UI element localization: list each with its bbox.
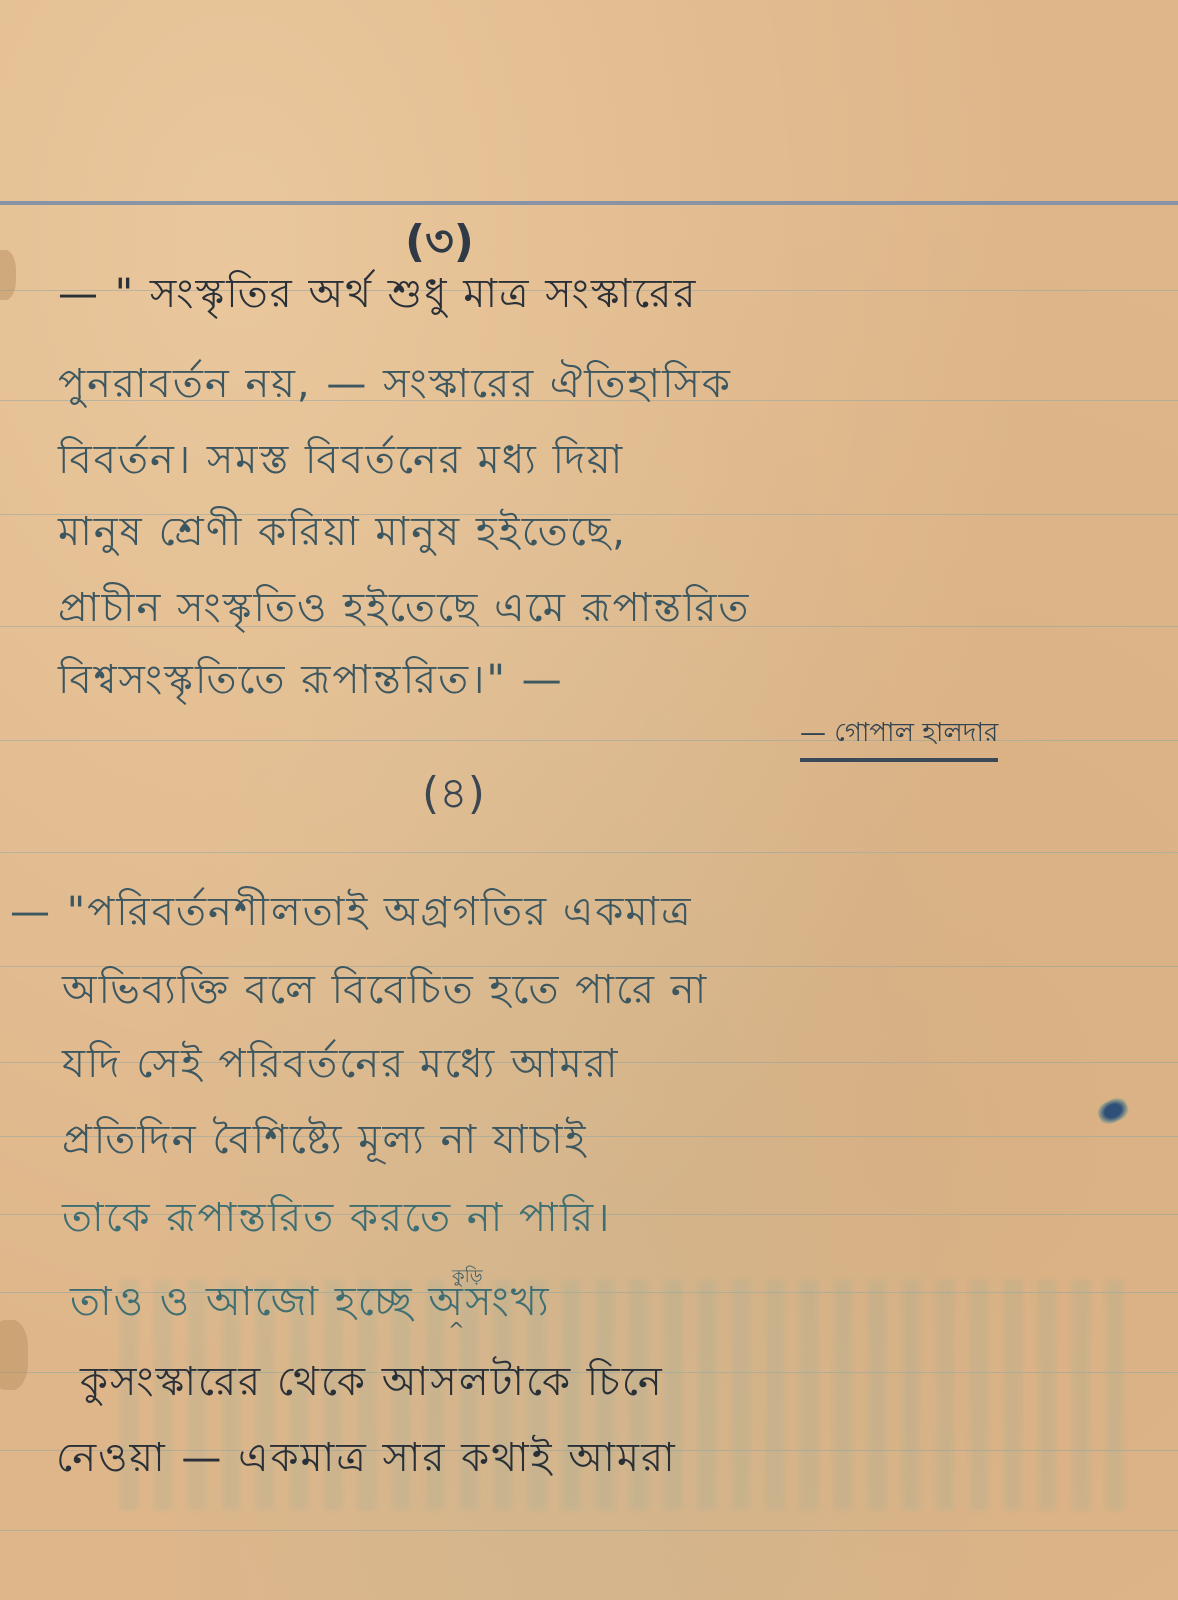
ruled-line bbox=[0, 1530, 1178, 1531]
quote-line: প্রাচীন সংস্কৃতিও হইতেছে এমে রূপান্তরিত bbox=[58, 576, 750, 643]
insertion-caret: ^ bbox=[448, 1318, 465, 1342]
quote-line: — " সংস্কৃতির অর্থ শুধু মাত্র সংস্কারের bbox=[58, 262, 697, 329]
quote-line: পুনরাবর্তন নয়, — সংস্কারের ঐতিহাসিক bbox=[58, 352, 732, 419]
quote-line: তাকে রূপান্তরিত করতে না পারি। bbox=[62, 1186, 612, 1253]
quote-line: বিবর্তন। সমস্ত বিবর্তনের মধ্য দিয়া bbox=[58, 428, 624, 495]
paper-stain bbox=[0, 250, 16, 300]
notebook-page: (৩) — " সংস্কৃতির অর্থ শুধু মাত্র সংস্কা… bbox=[0, 0, 1178, 1600]
header-rule-line bbox=[0, 201, 1178, 205]
attribution-signature: — গোপাল হালদার bbox=[800, 712, 998, 762]
ink-blot bbox=[1095, 1095, 1131, 1128]
ruled-line bbox=[0, 740, 1178, 741]
ruled-line bbox=[0, 852, 1178, 853]
quote-line: নেওয়া — একমাত্র সার কথাই আমরা bbox=[56, 1426, 677, 1493]
quote-line: কুসংস্কারের থেকে আসলটাকে চিনে bbox=[80, 1350, 664, 1417]
quote-line: — "পরিবর্তনশীলতাই অগ্রগতির একমাত্র bbox=[10, 880, 693, 947]
quote-line: প্রতিদিন বৈশিষ্ট্যে মূল্য না যাচাই bbox=[62, 1108, 587, 1175]
paper-stain bbox=[0, 1320, 28, 1390]
quote-line: মানুষ শ্রেণী করিয়া মানুষ হইতেছে, bbox=[58, 500, 627, 567]
quote-line: বিশ্বসংস্কৃতিতে রূপান্তরিত।" — bbox=[58, 648, 564, 715]
quote-line: যদি সেই পরিবর্তনের মধ্যে আমরা bbox=[62, 1032, 619, 1099]
quote-line: তাও ও আজো হচ্ছে অসংখ্য bbox=[70, 1270, 551, 1337]
quote-line: অভিব্যক্তি বলে বিবেচিত হতে পারে না bbox=[62, 958, 708, 1025]
section-number: (৪) bbox=[422, 760, 485, 833]
